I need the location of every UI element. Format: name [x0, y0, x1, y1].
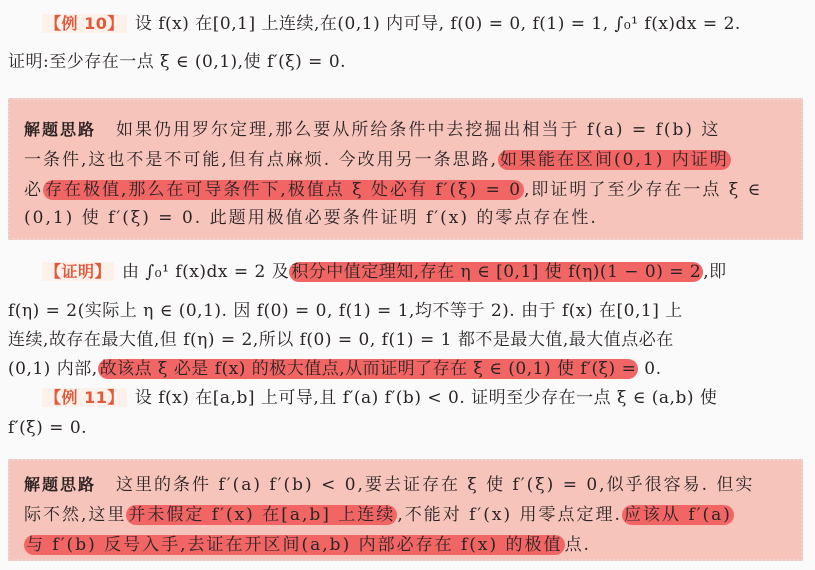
hint-2-text-3b: 点.: [565, 535, 591, 555]
hint-2-text-2b: ,不能对 f′(x) 用零点定理.: [397, 505, 622, 525]
hint-2-label: 解题思路: [24, 475, 96, 494]
highlight: 与 f′(b) 反号入手,去证在开区间(a,b) 内部必存在 f(x) 的极值: [24, 535, 565, 555]
example-10-tag: 【例 10】: [42, 14, 127, 33]
highlight: 并未假定 f′(x) 在[a,b] 上连续: [126, 505, 397, 525]
highlight: 故该点 ξ 必是 f(x) 的极大值点,从而证明了存在 ξ ∈ (0,1) 使 …: [98, 359, 639, 379]
hint-1-line-1: 解题思路如果仍用罗尔定理,那么要从所给条件中去挖掘出相当于 f(a) = f(b…: [24, 118, 720, 142]
hint-2-text-2a: 际不然,这里: [24, 505, 126, 525]
hint-2-line-3: 与 f′(b) 反号入手,去证在开区间(a,b) 内部必存在 f(x) 的极值点…: [24, 533, 591, 557]
hint-1-text-3b: ,即证明了至少存在一点 ξ ∈: [524, 180, 762, 200]
example-10-statement: 【例 10】设 f(x) 在[0,1] 上连续,在(0,1) 内可导, f(0)…: [42, 12, 741, 36]
hint-1-text-2a: 一条件,这也不是不可能,但有点麻烦. 今改用另一条思路,: [24, 150, 498, 170]
example-11-claim: f′(ξ) = 0.: [8, 416, 87, 440]
hint-box-2: 解题思路这里的条件 f′(a) f′(b) < 0,要去证存在 ξ 使 f′(ξ…: [8, 459, 803, 561]
hint-1-label: 解题思路: [24, 120, 96, 139]
highlight: 积分中值定理知,存在 η ∈ [0,1] 使 f(η)(1 − 0) = 2: [289, 262, 703, 282]
hint-1-line-4: (0,1) 使 f′(ξ) = 0. 此题用极值必要条件证明 f′(x) 的零点…: [24, 206, 598, 230]
proof-line-2: f(η) = 2(实际上 η ∈ (0,1). 因 f(0) = 0, f(1)…: [8, 299, 683, 323]
proof-text-1b: ,即: [703, 262, 726, 282]
proof-line-1: 【证明】由 ∫₀¹ f(x)dx = 2 及积分中值定理知,存在 η ∈ [0,…: [42, 260, 727, 284]
hint-1-text-1: 如果仍用罗尔定理,那么要从所给条件中去挖掘出相当于 f(a) = f(b) 这: [116, 120, 720, 140]
hint-2-line-1: 解题思路这里的条件 f′(a) f′(b) < 0,要去证存在 ξ 使 f′(ξ…: [24, 473, 754, 497]
proof-text-4a: (0,1) 内部,: [8, 359, 98, 379]
hint-1-line-3: 必存在极值,那么在可导条件下,极值点 ξ 处必有 f′(ξ) = 0,即证明了至…: [24, 178, 762, 202]
highlight: 如果能在区间(0,1) 内证明: [498, 150, 731, 170]
proof-line-3: 连续,故存在最大值,但 f(η) = 2,所以 f(0) = 0, f(1) =…: [8, 328, 674, 352]
example-10-claim: 证明:至少存在一点 ξ ∈ (0,1),使 f′(ξ) = 0.: [8, 50, 346, 74]
example-11-statement: 【例 11】设 f(x) 在[a,b] 上可导,且 f′(a) f′(b) < …: [42, 386, 717, 410]
hint-1-line-2: 一条件,这也不是不可能,但有点麻烦. 今改用另一条思路,如果能在区间(0,1) …: [24, 148, 731, 172]
hint-2-text-1: 这里的条件 f′(a) f′(b) < 0,要去证存在 ξ 使 f′(ξ) = …: [116, 475, 754, 495]
hint-2-line-2: 际不然,这里并未假定 f′(x) 在[a,b] 上连续,不能对 f′(x) 用零…: [24, 503, 734, 527]
proof-tag: 【证明】: [42, 262, 114, 281]
example-10-text: 设 f(x) 在[0,1] 上连续,在(0,1) 内可导, f(0) = 0, …: [135, 14, 741, 34]
hint-1-text-3a: 必: [24, 180, 43, 200]
highlight: 存在极值,那么在可导条件下,极值点 ξ 处必有 f′(ξ) = 0: [43, 180, 524, 200]
proof-line-4: (0,1) 内部,故该点 ξ 必是 f(x) 的极大值点,从而证明了存在 ξ ∈…: [8, 357, 661, 381]
highlight: 应该从 f′(a): [622, 505, 734, 525]
proof-text-1a: 由 ∫₀¹ f(x)dx = 2 及: [122, 262, 289, 282]
example-11-tag: 【例 11】: [42, 388, 127, 407]
hint-box-1: 解题思路如果仍用罗尔定理,那么要从所给条件中去挖掘出相当于 f(a) = f(b…: [8, 98, 803, 240]
example-11-text: 设 f(x) 在[a,b] 上可导,且 f′(a) f′(b) < 0. 证明至…: [135, 388, 718, 408]
proof-text-4b: 0.: [638, 359, 661, 379]
